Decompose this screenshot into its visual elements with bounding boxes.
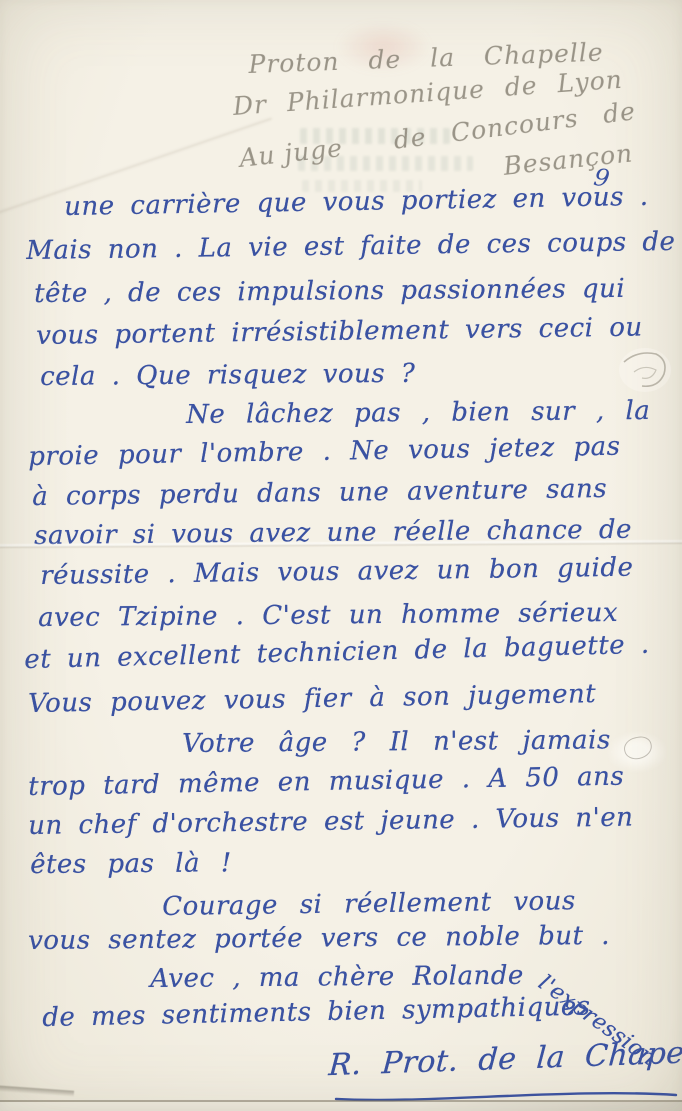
paper-damage-patch [612,342,674,398]
letter-line: proie pour l'ombre . Ne vous jetez pas [28,432,621,472]
paper-bottom-edge-shadow [420,1102,682,1111]
pencil-annotation-line: Besançon [502,138,634,180]
letter-line: êtes pas là ! [30,848,232,880]
letter-line: réussite . Mais vous avez un bon guide [40,553,634,591]
letter-line: de mes sentiments bien sympathiques [42,992,591,1033]
letter-line: Mais non . La vie est faite de ces coups… [26,227,676,266]
letter-line: vous portent irrésistiblement vers ceci … [36,313,643,351]
letter-line: trop tard même en musique . A 50 ans [28,762,625,802]
letter-line: à corps perdu dans une aventure sans [32,474,607,512]
signature: R. Prot. de la Chapelle [328,1034,682,1083]
letter-line: tête , de ces impulsions passionnées qui [34,274,625,309]
letter-line-text: Avec , ma chère Rolande [150,961,524,994]
letter-photo: Proton de la Chapelle Dr Philarmonique d… [0,0,682,1111]
letter-line: Vous pouvez vous fier à son jugement [28,679,596,719]
letter-line: et un excellent technicien de la baguett… [24,630,650,675]
letter-line: vous sentez portée vers ce noble but . [28,921,610,956]
letter-line: Avec , ma chère Rolande l'expression [150,961,524,994]
letter-line: avec Tzipine . C'est un homme sérieux [38,598,618,633]
letter-line: une carrière que vous portiez en vous . [64,182,649,222]
letter-line: Votre âge ? Il n'est jamais [182,725,611,759]
bottom-left-edge-curl [0,1085,74,1097]
letter-line: Courage si réellement vous [162,886,576,922]
letter-line: cela . Que risquez vous ? [40,359,415,392]
letter-line: Ne lâchez pas , bien sur , la [186,396,650,430]
letter-line: un chef d'orchestre est jeune . Vous n'e… [28,803,634,841]
